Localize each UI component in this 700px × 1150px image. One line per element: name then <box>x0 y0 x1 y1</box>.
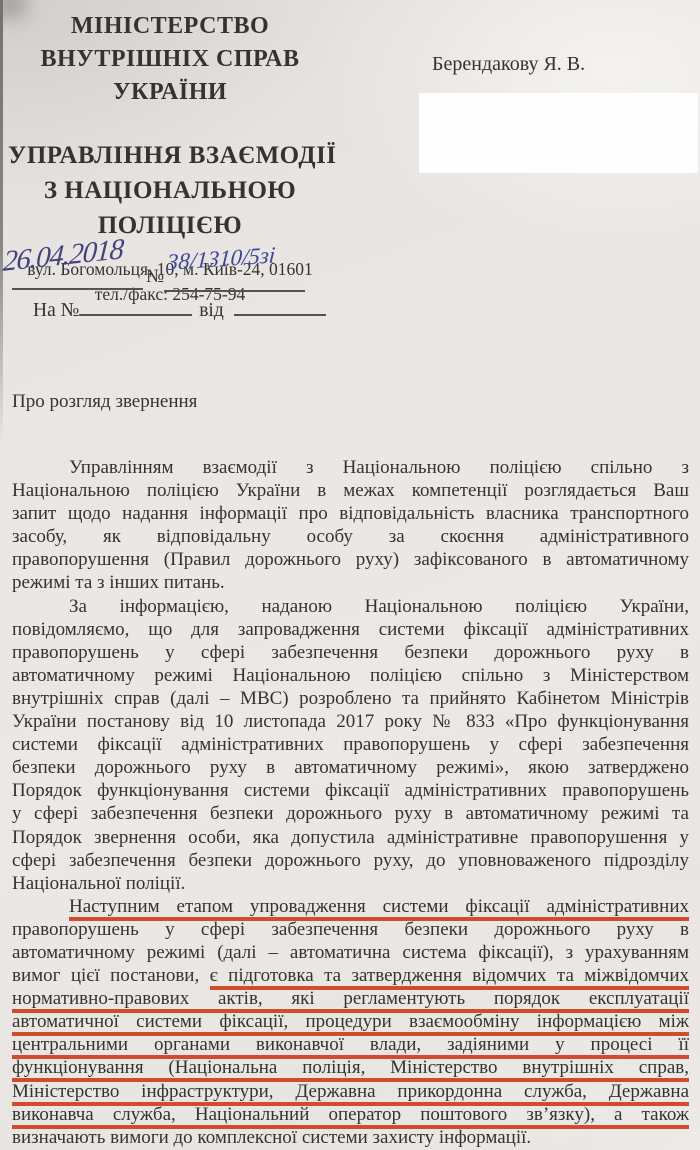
red-underlined-text: функціонування (Національна поліція, Мін… <box>12 1057 689 1082</box>
number-underline <box>164 290 305 292</box>
red-underlined-text: Міністерство інфраструктури, Державна пр… <box>12 1081 689 1106</box>
body-line-marked: Наступним етапом упровадження системи фі… <box>12 895 689 918</box>
body-line: внутрішніх справ (далі – МВС) розроблено… <box>12 687 689 710</box>
reply-number-blank <box>79 299 192 316</box>
reply-date-blank <box>234 299 326 316</box>
body-line-marked: центральними органами виконавчої влади, … <box>12 1033 689 1056</box>
plain-text: вимог цієї постанови, <box>12 965 210 986</box>
department-name-line: УПРАВЛІННЯ ВЗАЄМОДІЇ <box>8 138 332 173</box>
body-line-marked: виконавча служба, Національний оператор … <box>12 1103 689 1126</box>
body-line-marked: функціонування (Національна поліція, Мін… <box>12 1056 689 1079</box>
body-line: визначають вимоги до комплексної системи… <box>12 1126 689 1149</box>
body-line: За інформацією, наданою Національною пол… <box>12 595 689 618</box>
body-line: режимі та з інших питань. <box>12 571 689 594</box>
body-line: повідомляємо, що для запровадження систе… <box>12 618 689 641</box>
date-underline <box>12 288 143 290</box>
reply-reference-row: На №від <box>33 299 326 322</box>
body-line: автоматичному режимі Національною поліці… <box>12 664 689 687</box>
department-name-line: ПОЛІЦІЄЮ <box>8 208 332 243</box>
reply-from-label: від <box>199 300 224 321</box>
body-line: Порядок функціонування системи фіксації … <box>12 779 689 802</box>
body-line: Управлінням взаємодії з Національною пол… <box>12 456 689 479</box>
recipient-name: Берендакову Я. В. <box>432 53 585 76</box>
body-line-marked: нормативно-правових актів, які регламент… <box>12 987 689 1010</box>
body-line-marked: Міністерство інфраструктури, Державна пр… <box>12 1080 689 1103</box>
body-line: Національною поліцією України в межах ко… <box>12 479 689 502</box>
scanned-letter-page: МІНІСТЕРСТВО ВНУТРІШНІХ СПРАВ УКРАЇНИ УП… <box>0 0 700 1150</box>
subject-line: Про розгляд звернення <box>12 391 197 413</box>
photo-edge-shadow <box>0 0 3 445</box>
body-line: правопорушень у сфері забезпечення безпе… <box>12 641 689 664</box>
reply-prefix: На № <box>33 300 79 321</box>
body-line: Порядок звернення особи, яка допустила а… <box>12 826 689 849</box>
body-line: засобу, як відповідальну особу за скоєнн… <box>12 525 689 548</box>
red-underlined-text: виконавча служба, Національний оператор … <box>12 1104 689 1129</box>
body-line: сфері забезпечення безпеки дорожнього ру… <box>12 849 689 872</box>
body-line: у сфері забезпечення безпеки дорожнього … <box>12 802 689 825</box>
ministry-name-line: МІНІСТЕРСТВО <box>8 10 332 43</box>
redaction-box <box>419 93 698 173</box>
ministry-name-line: ВНУТРІШНІХ СПРАВ <box>8 43 332 76</box>
body-line: системи фіксації адміністративних правоп… <box>12 733 689 756</box>
body-line: правопорушення (Правил дорожнього руху) … <box>12 548 689 571</box>
body-line: Національної поліції. <box>12 872 689 895</box>
body-line: правопорушень у сфері забезпечення безпе… <box>12 918 689 941</box>
number-sign: № <box>146 266 164 288</box>
body-line: автоматичному режимі (далі – автоматична… <box>12 941 689 964</box>
body-line: безпеки дорожнього руху в автоматичному … <box>12 756 689 779</box>
ministry-name-line: УКРАЇНИ <box>8 76 332 109</box>
body-line-marked: автоматичної системи фіксації, процедури… <box>12 1010 689 1033</box>
body-line: запит щодо надання інформації про відпов… <box>12 502 689 525</box>
letter-body: Управлінням взаємодії з Національною пол… <box>12 456 689 1149</box>
department-name-line: З НАЦІОНАЛЬНОЮ <box>8 173 332 208</box>
body-line-marked: вимог цієї постанови, є підготовка та за… <box>12 964 689 987</box>
body-line: України постанову від 10 листопада 2017 … <box>12 710 689 733</box>
